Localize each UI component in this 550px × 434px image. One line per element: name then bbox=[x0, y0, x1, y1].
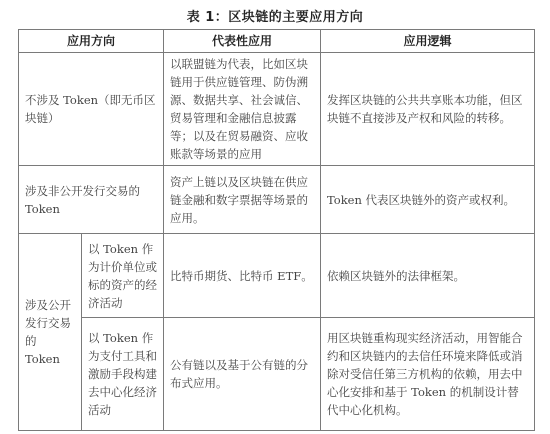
cell-application: 公有链以及基于公有链的分布式应用。 bbox=[164, 318, 321, 431]
cell-application: 比特币期货、比特币 ETF。 bbox=[164, 234, 321, 318]
cell-direction: 不涉及 Token（即无币区块链） bbox=[19, 53, 164, 166]
cell-logic: 发挥区块链的公共共享账本功能，但区块链不直接涉及产权和风险的转移。 bbox=[321, 53, 535, 166]
cell-logic: 用区块链重构现实经济活动，用智能合约和区块链内的去信任环境来降低或消除对受信任第… bbox=[321, 318, 535, 431]
cell-application: 资产上链以及区块链在供应链金融和数字票据等场景的应用。 bbox=[164, 166, 321, 234]
table-row: 涉及非公开发行交易的 Token 资产上链以及区块链在供应链金融和数字票据等场景… bbox=[19, 166, 535, 234]
table-header-row: 应用方向 代表性应用 应用逻辑 bbox=[19, 30, 535, 53]
cell-sub-direction: 以 Token 作为计价单位或标的资产的经济活动 bbox=[82, 234, 164, 318]
table-row: 不涉及 Token（即无币区块链） 以联盟链为代表，比如区块链用于供应链管理、防… bbox=[19, 53, 535, 166]
header-direction: 应用方向 bbox=[19, 30, 164, 53]
cell-direction: 涉及非公开发行交易的 Token bbox=[19, 166, 164, 234]
blockchain-application-table: 应用方向 代表性应用 应用逻辑 不涉及 Token（即无币区块链） 以联盟链为代… bbox=[18, 29, 535, 431]
cell-logic: Token 代表区块链外的资产或权利。 bbox=[321, 166, 535, 234]
table-title: 表 1：区块链的主要应用方向 bbox=[0, 6, 550, 25]
table-row: 涉及公开发行交易的 Token 以 Token 作为计价单位或标的资产的经济活动… bbox=[19, 234, 535, 318]
cell-application: 以联盟链为代表，比如区块链用于供应链管理、防伪溯源、数据共享、社会诚信、贸易管理… bbox=[164, 53, 321, 166]
cell-direction: 涉及公开发行交易的 Token bbox=[19, 234, 82, 431]
cell-logic: 依赖区块链外的法律框架。 bbox=[321, 234, 535, 318]
header-application: 代表性应用 bbox=[164, 30, 321, 53]
table-row: 以 Token 作为支付工具和激励手段构建去中心化经济活动 公有链以及基于公有链… bbox=[19, 318, 535, 431]
cell-sub-direction: 以 Token 作为支付工具和激励手段构建去中心化经济活动 bbox=[82, 318, 164, 431]
header-logic: 应用逻辑 bbox=[321, 30, 535, 53]
